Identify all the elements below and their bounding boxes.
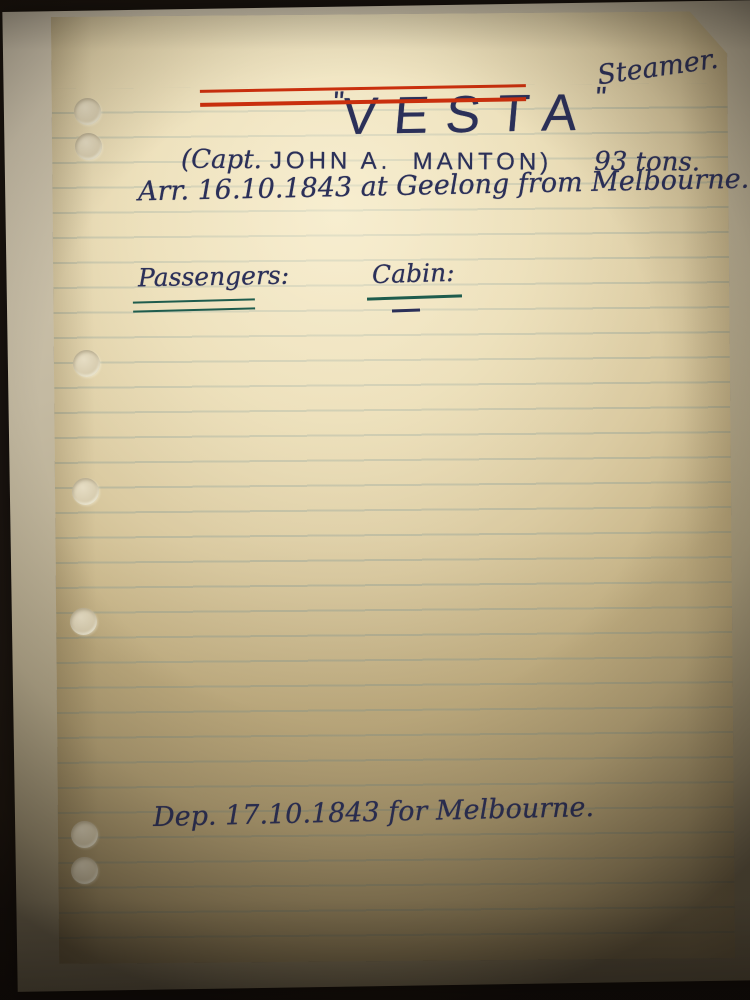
punch-hole <box>75 133 102 160</box>
punch-hole <box>70 608 97 635</box>
punch-hole <box>71 857 98 884</box>
photo-of-handwritten-shipping-record: "VESTA" Steamer. (Capt.JOHN A. MANTON)93… <box>0 0 750 1000</box>
punch-hole <box>73 350 100 377</box>
punch-hole <box>74 98 101 125</box>
passengers-heading: Passengers: <box>138 261 290 293</box>
punch-hole <box>72 478 99 505</box>
captain-prefix: (Capt. <box>181 145 262 175</box>
punch-hole <box>71 821 98 848</box>
cabin-heading: Cabin: <box>372 258 455 289</box>
